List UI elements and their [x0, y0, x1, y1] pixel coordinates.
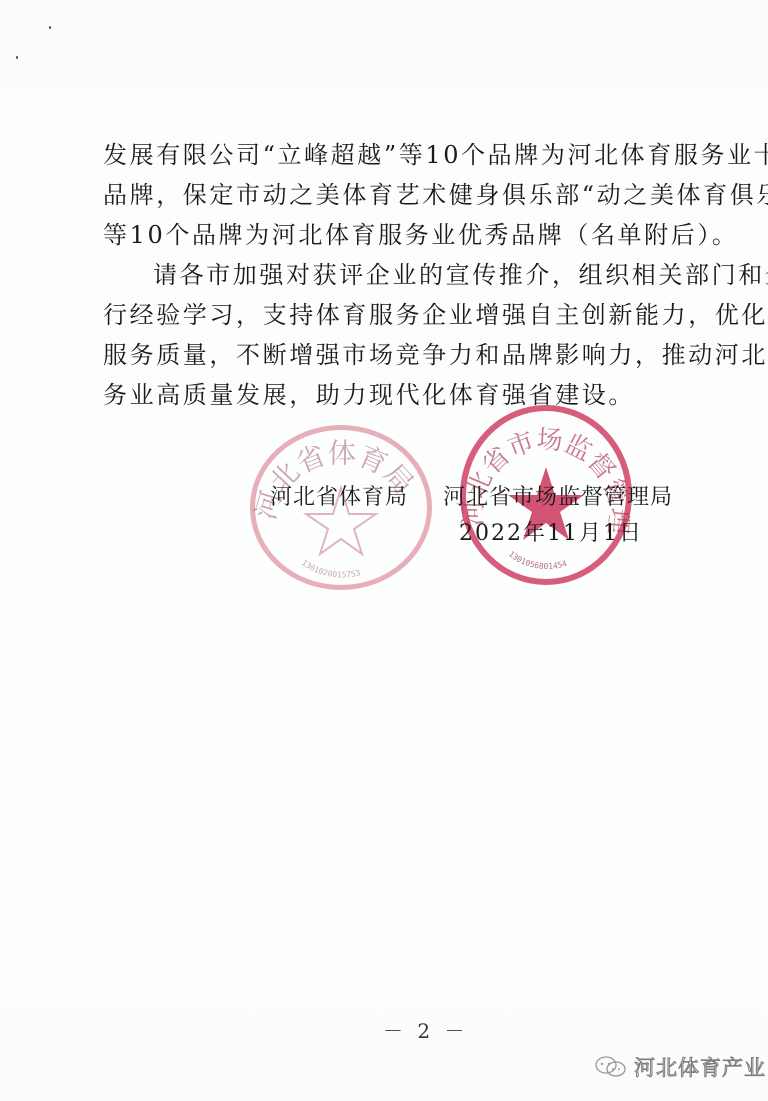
scan-speck	[49, 26, 51, 29]
stamp-sports-code: 1301020015753	[300, 558, 362, 579]
document-page: 河北省体育局 1301020015753 河北省市场监督管理局 13010568…	[0, 0, 768, 1101]
scan-speck	[16, 56, 18, 59]
paragraph-request: 请各市加强对获评企业的宣传推介，组织相关部门和企业进 行经验学习，支持体育服务企…	[103, 255, 683, 415]
page-number: － 2 －	[383, 1015, 468, 1044]
text-line: 等10个品牌为河北体育服务业优秀品牌（名单附后）。	[103, 215, 683, 255]
text-line: 请各市加强对获评企业的宣传推介，组织相关部门和企业进	[103, 255, 683, 295]
signature-date: 2022年11月1日	[459, 516, 643, 552]
signature-org-market: 河北省市场监督管理局	[443, 480, 673, 516]
wechat-icon	[594, 1055, 628, 1079]
text-line: 服务质量，不断增强市场竞争力和品牌影响力，推动河北体育服	[103, 335, 683, 375]
watermark-account-name: 河北体育产业	[634, 1052, 766, 1082]
wechat-watermark: 河北体育产业	[594, 1052, 766, 1082]
signature-org-sports: 河北省体育局	[270, 480, 408, 516]
text-line: 务业高质量发展，助力现代化体育强省建设。	[103, 375, 683, 415]
text-line: 品牌，保定市动之美体育艺术健身俱乐部“动之美体育俱乐部”	[103, 175, 683, 215]
text-line: 行经验学习，支持体育服务企业增强自主创新能力，优化、提升	[103, 295, 683, 335]
document-body: 发展有限公司“立峰超越”等10个品牌为河北体育服务业十大 品牌，保定市动之美体育…	[103, 135, 683, 415]
paragraph-brands: 发展有限公司“立峰超越”等10个品牌为河北体育服务业十大 品牌，保定市动之美体育…	[103, 135, 683, 255]
text-line: 发展有限公司“立峰超越”等10个品牌为河北体育服务业十大	[103, 135, 683, 175]
stamp-market-code: 1301056801454	[507, 549, 568, 571]
